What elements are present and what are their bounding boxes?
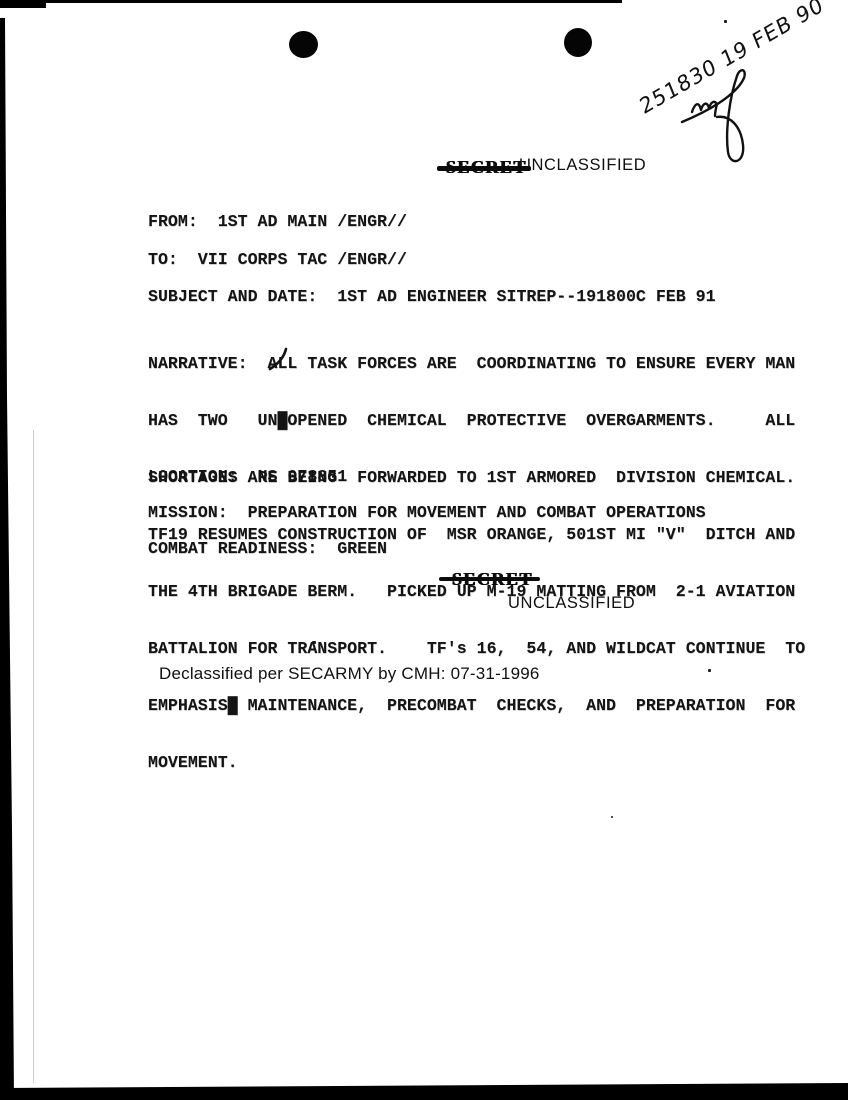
correction-mark-tail <box>265 345 295 375</box>
narrative-line: BATTALION FOR TRANSPORT. TF's 16, 54, AN… <box>148 639 805 658</box>
narrative-line: EMPHASIS█ MAINTENANCE, PRECOMBAT CHECKS,… <box>148 696 805 715</box>
scan-crease-line <box>33 430 34 1083</box>
unclassified-label-top: UNCLASSIFIED <box>519 156 646 175</box>
scanned-document-page: { "page": { "annotation": { "datetime_gr… <box>0 0 848 1100</box>
scan-edge-top-blob <box>0 0 46 8</box>
from-line: FROM: 1ST AD MAIN /ENGR// <box>148 212 407 231</box>
ink-speck <box>611 816 613 818</box>
scan-edge-left <box>0 18 14 1100</box>
unclassified-label-bottom: UNCLASSIFIED <box>508 594 635 613</box>
struck-secret-bottom: SECRET <box>452 569 533 590</box>
narrative-line: NARRATIVE: ALL TASK FORCES ARE COORDINAT… <box>148 354 805 373</box>
strikethrough-mark <box>437 166 531 171</box>
hole-punch-right <box>564 28 592 57</box>
declassified-note: Declassified per SECARMY by CMH: 07-31-1… <box>159 664 540 684</box>
signature <box>678 58 778 173</box>
mission-line: MISSION: PREPARATION FOR MOVEMENT AND CO… <box>148 503 706 522</box>
narrative-line: MOVEMENT. <box>148 753 805 772</box>
hole-punch-left <box>289 31 318 58</box>
location-line: LOCATION: NS 078851 <box>148 467 347 486</box>
narrative-line: HAS TWO UN█OPENED CHEMICAL PROTECTIVE OV… <box>148 411 805 430</box>
scan-edge-top <box>0 0 622 3</box>
struck-secret-top: SECRET <box>446 157 527 178</box>
scan-edge-bottom <box>0 1083 848 1100</box>
readiness-line: COMBAT READINESS: GREEN <box>148 539 387 558</box>
subject-line: SUBJECT AND DATE: 1ST AD ENGINEER SITREP… <box>148 287 716 306</box>
ink-speck <box>724 20 727 23</box>
strikethrough-mark <box>439 577 540 581</box>
to-line: TO: VII CORPS TAC /ENGR// <box>148 250 407 269</box>
